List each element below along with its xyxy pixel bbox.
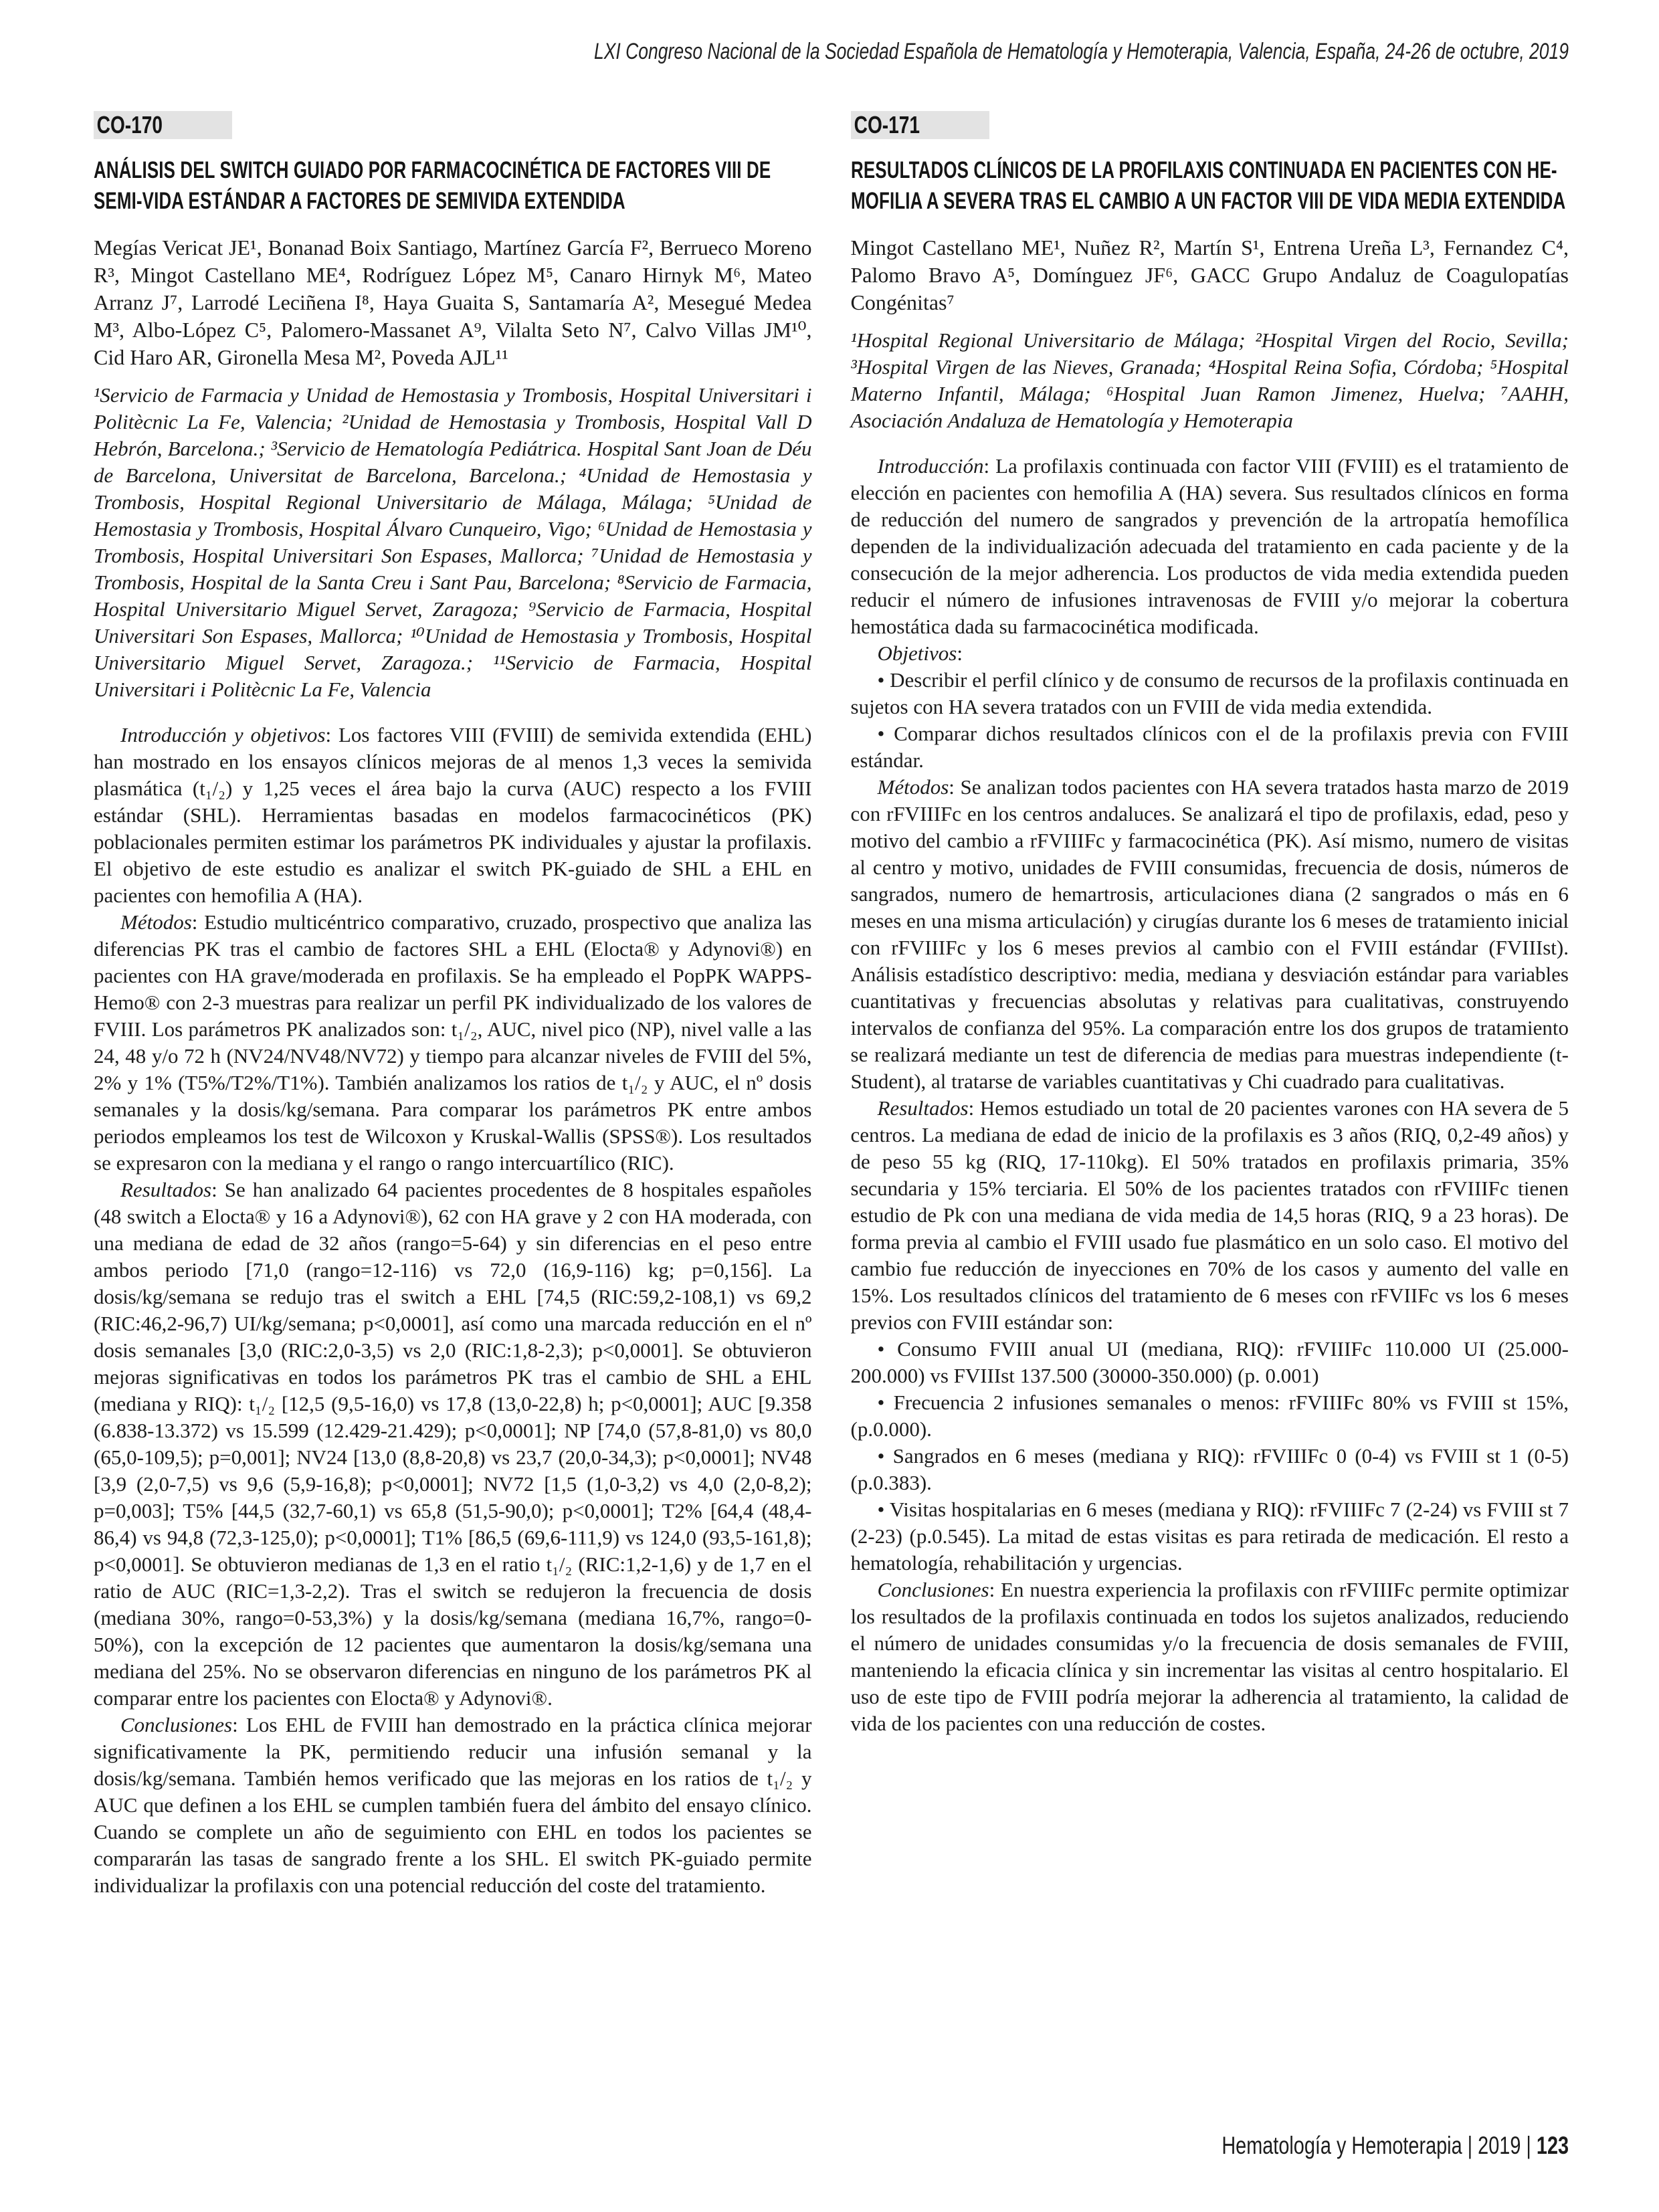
section-text: • Frecuencia 2 infusiones semanales o me… [851,1391,1569,1441]
abstract-paragraph: Resultados: Se han analizado 64 paciente… [94,1177,812,1712]
section-text: : Los EHL de FVIII han demostrado en la … [94,1713,812,1897]
abstract-bullet: • Visitas hospitalarias en 6 meses (medi… [851,1496,1569,1577]
abstract-id-badge: CO-170 [94,111,232,139]
abstract-bullet: • Comparar dichos resultados clínicos co… [851,720,1569,774]
section-label: Conclusiones [878,1578,989,1601]
section-text: • Consumo FVIII anual UI (mediana, RIQ):… [851,1337,1569,1387]
abstract-bullet: • Frecuencia 2 infusiones semanales o me… [851,1389,1569,1443]
abstract-bullet: • Describir el perfil clínico y de consu… [851,667,1569,720]
page-number: 123 [1537,2132,1569,2159]
abstract-co-171: CO-171 RESULTADOS CLÍNICOS DE LA PROFILA… [851,111,1569,1899]
abstract-bullet: • Sangrados en 6 meses (mediana y RIQ): … [851,1443,1569,1496]
abstract-paragraph: Conclusiones: En nuestra experiencia la … [851,1577,1569,1737]
section-text: : En nuestra experiencia la profilaxis c… [851,1578,1569,1735]
affiliations: ¹Servicio de Farmacia y Unidad de Hemost… [94,382,812,703]
section-text: : La profilaxis continuada con factor VI… [851,454,1569,638]
section-text: • Sangrados en 6 meses (mediana y RIQ): … [851,1444,1569,1494]
proceedings-page: LXI Congreso Nacional de la Sociedad Esp… [0,0,1659,2212]
abstract-paragraph: Métodos: Estudio multicéntrico comparati… [94,909,812,1177]
two-column-layout: CO-170 ANÁLISIS DEL SWITCH GUIADO POR FA… [94,111,1569,1899]
page-footer: Hematología y Hemoterapia | 2019 | 123 [1124,2132,1569,2160]
section-label: Introducción y objetivos [120,723,325,746]
running-head: LXI Congreso Nacional de la Sociedad Esp… [94,39,1569,65]
abstract-bullet: • Consumo FVIII anual UI (mediana, RIQ):… [851,1336,1569,1389]
abstract-title-text: ANÁLISIS DEL SWITCH GUIADO POR FARMACOCI… [94,155,811,217]
section-text: • Visitas hospitalarias en 6 meses (medi… [851,1498,1569,1575]
footer-text: Hematología y Hemoterapia | 2019 | 123 [1222,2132,1569,2160]
abstract-body: Introducción: La profilaxis continuada c… [851,453,1569,1737]
abstract-title: RESULTADOS CLÍNICOS DE LA PROFILAXIS CON… [851,155,1569,217]
abstract-title: ANÁLISIS DEL SWITCH GUIADO POR FARMACOCI… [94,155,812,217]
abstract-paragraph: Introducción: La profilaxis continuada c… [851,453,1569,640]
section-text: : Se analizan todos pacientes con HA sev… [851,775,1569,1093]
section-label: Introducción [878,454,984,478]
abstract-id-label: CO-170 [94,111,163,139]
abstract-paragraph: Objetivos: [851,640,1569,667]
section-label: Métodos [878,775,949,799]
abstract-co-170: CO-170 ANÁLISIS DEL SWITCH GUIADO POR FA… [94,111,812,1899]
abstract-body: Introducción y objetivos: Los factores V… [94,722,812,1899]
affiliations: ¹Hospital Regional Universitario de Mála… [851,327,1569,434]
section-text: • Describir el perfil clínico y de consu… [851,668,1569,718]
abstract-paragraph: Conclusiones: Los EHL de FVIII han demos… [94,1712,812,1899]
authors: Mingot Castellano ME¹, Nuñez R², Martín … [851,234,1569,316]
section-label: Resultados [120,1178,211,1201]
journal-name: Hematología y Hemoterapia | 2019 | [1222,2132,1537,2159]
section-label: Objetivos [878,641,957,665]
authors: Megías Vericat JE¹, Bonanad Boix Santiag… [94,234,812,371]
section-text: : Los factores VIII (FVIII) de semivida … [94,723,812,907]
section-text: • Comparar dichos resultados clínicos co… [851,722,1569,772]
section-label: Conclusiones [120,1713,232,1736]
section-text: : Hemos estudiado un total de 20 pacient… [851,1096,1569,1334]
abstract-id-badge: CO-171 [851,111,989,139]
abstract-title-text: RESULTADOS CLÍNICOS DE LA PROFILAXIS CON… [851,155,1569,217]
section-text: : Estudio multicéntrico comparativo, cru… [94,910,812,1175]
abstract-id-label: CO-171 [851,111,920,139]
running-head-text: LXI Congreso Nacional de la Sociedad Esp… [594,39,1569,65]
section-label: Resultados [878,1096,969,1120]
section-text: : [957,641,963,665]
abstract-paragraph: Introducción y objetivos: Los factores V… [94,722,812,909]
abstract-paragraph: Métodos: Se analizan todos pacientes con… [851,774,1569,1095]
abstract-paragraph: Resultados: Hemos estudiado un total de … [851,1095,1569,1336]
section-text: : Se han analizado 64 pacientes proceden… [94,1178,812,1710]
section-label: Métodos [120,910,192,934]
